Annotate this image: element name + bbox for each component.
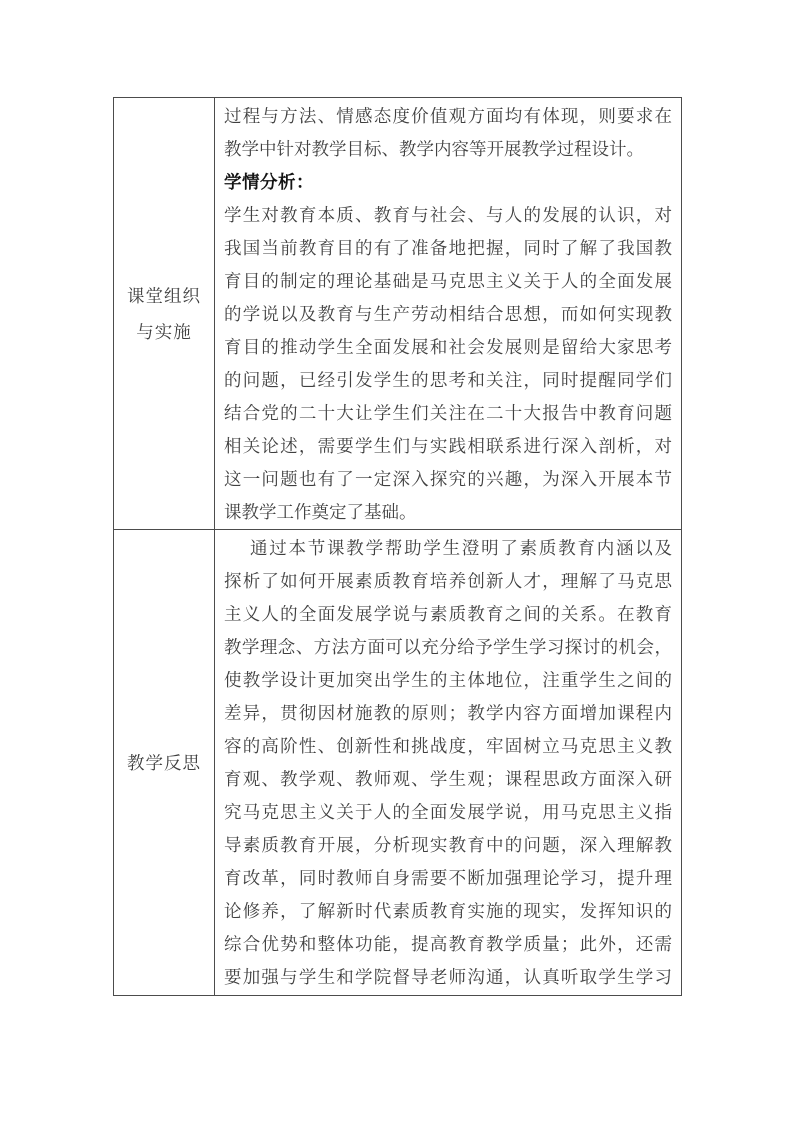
text-line: 结合党的二十大让学生们关注在二十大报告中教育问题 [224,397,672,430]
text-line: 使教学设计更加突出学生的主体地位，注重学生之间的 [224,664,672,697]
text-line: 的问题，已经引发学生的思考和关注，同时提醒同学们 [224,364,672,397]
text-line: 这一问题也有了一定深入探究的兴趣，为深入开展本节 [224,463,672,496]
text-line: 差异，贯彻因材施教的原则；教学内容方面增加课程内 [224,697,672,730]
row-label-classroom-organization: 课堂组织 与实施 [114,98,215,529]
teaching-reflection-content: 通过本节课教学帮助学生澄明了素质教育内涵以及 探析了如何开展素质教育培养创新人才… [215,530,681,995]
text-line: 教学理念、方法方面可以充分给予学生学习探讨的机会， [224,631,672,664]
text-line: 综合优势和整体功能，提高教育教学质量；此外，还需 [224,928,672,961]
text-line: 课教学工作奠定了基础。 [224,496,672,529]
text-line: 育改革，同时教师自身需要不断加强理论学习，提升理 [224,862,672,895]
text-line: 要加强与学生和学院督导老师沟通，认真听取学生学习 [224,961,672,994]
text-line: 容的高阶性、创新性和挑战度，牢固树立马克思主义教 [224,730,672,763]
text-line: 育观、教学观、教师观、学生观；课程思政方面深入研 [224,763,672,796]
row-label-line: 教学反思 [127,745,201,781]
text-line: 究马克思主义关于人的全面发展学说，用马克思主义指 [224,796,672,829]
heading-xueqing-fenxi: 学情分析： [224,166,672,199]
text-line: 导素质教育开展，分析现实教育中的问题，深入理解教 [224,829,672,862]
text-line: 主义人的全面发展学说与素质教育之间的关系。在教育 [224,598,672,631]
text-line: 相关论述，需要学生们与实践相联系进行深入剖析，对 [224,430,672,463]
text-line: 通过本节课教学帮助学生澄明了素质教育内涵以及 [224,532,672,565]
text-line: 学生对教育本质、教育与社会、与人的发展的认识，对 [224,199,672,232]
lesson-plan-table: 课堂组织 与实施 过程与方法、情感态度价值观方面均有体现，则要求在 教学中针对教… [113,97,682,996]
text-line: 教学中针对教学目标、教学内容等开展教学过程设计。 [224,133,672,166]
row-label-line: 与实施 [136,314,192,350]
row-label-line: 课堂组织 [127,278,201,314]
text-line: 我国当前教育目的有了准备地把握，同时了解了我国教 [224,232,672,265]
text-line: 过程与方法、情感态度价值观方面均有体现，则要求在 [224,100,672,133]
table-row-classroom-organization: 课堂组织 与实施 过程与方法、情感态度价值观方面均有体现，则要求在 教学中针对教… [114,98,681,530]
classroom-organization-content: 过程与方法、情感态度价值观方面均有体现，则要求在 教学中针对教学目标、教学内容等… [215,98,681,529]
row-label-teaching-reflection: 教学反思 [114,530,215,995]
text-line: 论修养，了解新时代素质教育实施的现实，发挥知识的 [224,895,672,928]
table-row-teaching-reflection: 教学反思 通过本节课教学帮助学生澄明了素质教育内涵以及 探析了如何开展素质教育培… [114,530,681,995]
text-line: 育目的推动学生全面发展和社会发展则是留给大家思考 [224,331,672,364]
text-line: 探析了如何开展素质教育培养创新人才，理解了马克思 [224,565,672,598]
text-line: 育目的制定的理论基础是马克思主义关于人的全面发展 [224,265,672,298]
text-line: 的学说以及教育与生产劳动相结合思想，而如何实现教 [224,298,672,331]
